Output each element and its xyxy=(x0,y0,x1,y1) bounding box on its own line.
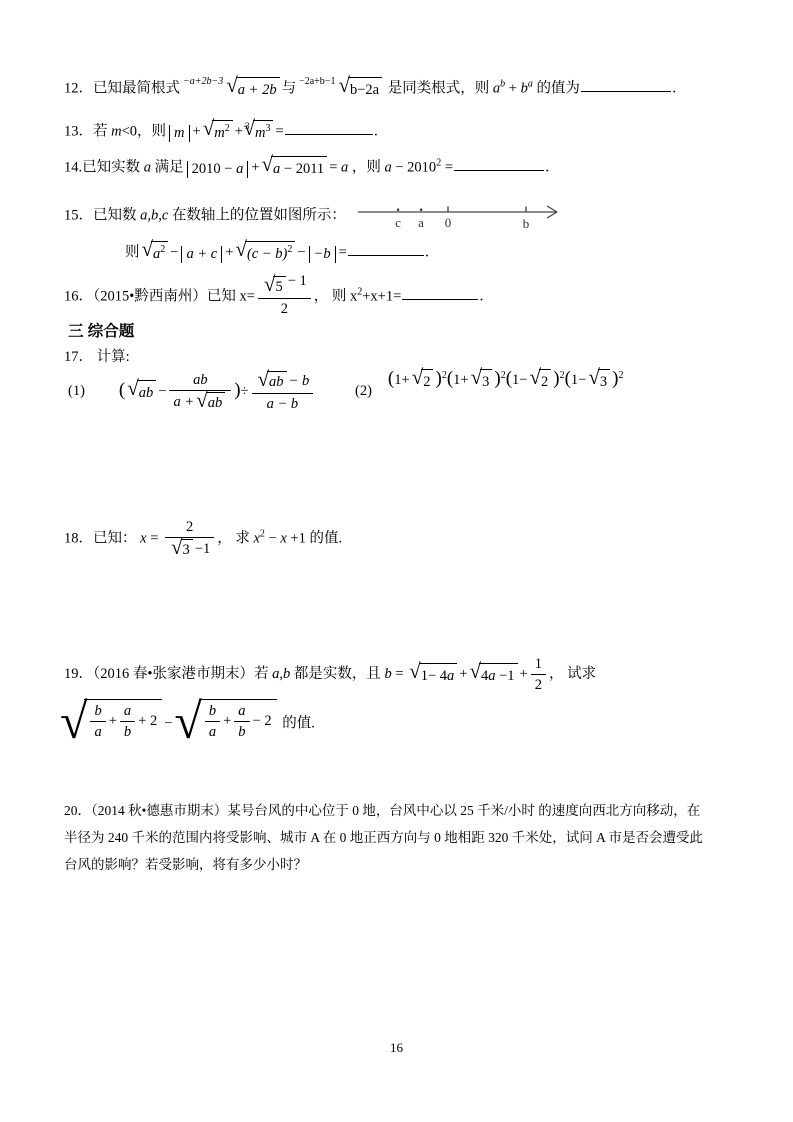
answer-blank xyxy=(402,288,478,300)
question-17-part-1: (1)(√ab−aba +√ab)÷√ab− ba − b xyxy=(68,371,316,413)
q18-poly-rest: +1 xyxy=(287,530,310,546)
q13-condition: <0，则 xyxy=(122,123,166,139)
radical-sign: √ xyxy=(262,154,274,175)
q16-mid: ， 则 xyxy=(314,288,350,304)
numerator-rest: − 1 xyxy=(288,273,307,289)
radicand-box: ba+ab+ 2 xyxy=(84,699,162,741)
radicand-box: m3 xyxy=(253,120,273,144)
abs-content: m xyxy=(174,125,184,141)
radicand: 5 xyxy=(275,279,282,295)
q17p1-minus: − xyxy=(158,383,166,399)
radicand-exponent: 3 xyxy=(265,123,270,134)
q12-period: ． xyxy=(672,80,687,96)
radicand-box: a2 xyxy=(151,241,168,265)
root-index: 3 xyxy=(245,115,250,137)
radical-sign: √ xyxy=(264,274,276,295)
q20-line-2: 半径为 240 千米的范围内将受影响、城市 A 在 0 地正西方向与 0 地相距… xyxy=(64,824,703,851)
q12-mid-text: 是同类根式，则 xyxy=(384,80,493,96)
radical-sign: √ xyxy=(174,696,201,746)
fraction: √5− 12 xyxy=(258,276,311,318)
fraction: ab xyxy=(234,702,249,741)
q19-plus-2: + xyxy=(520,666,528,682)
factor-4-exponent: 2 xyxy=(618,370,623,381)
radical-sign: √ xyxy=(142,239,154,260)
radicand: ab xyxy=(208,395,223,411)
q14-mid-2: ，则 xyxy=(348,159,384,175)
q14-period: ． xyxy=(545,159,560,175)
answer-blank xyxy=(285,123,373,135)
number-line-figure: ca0b xyxy=(356,200,568,232)
q17-heading-text: 17． 计算: xyxy=(64,349,130,365)
q15-vars: a,b,c xyxy=(140,207,168,223)
radical-sign: √ xyxy=(203,118,215,139)
radical-sign: √ xyxy=(196,390,208,411)
number-line-label-zero: 0 xyxy=(445,215,452,230)
q19-mid-1: 都是实数，且 xyxy=(290,666,384,682)
q14-prefix: 14.已知实数 xyxy=(64,159,144,175)
q13-var-m: m xyxy=(111,123,121,139)
sqrt-radical: √2 xyxy=(529,369,551,393)
open-paren: ( xyxy=(119,379,125,400)
radicand-exponent: 2 xyxy=(160,244,165,255)
radical-sign: √ xyxy=(226,75,238,96)
fraction-numerator: a xyxy=(120,702,135,722)
page-number: 16 xyxy=(390,1040,403,1055)
radical-sign: √ xyxy=(235,239,247,260)
radicand: (c − b) xyxy=(247,246,287,262)
number-line-label-b: b xyxy=(523,216,530,231)
fraction-denominator: b xyxy=(234,722,249,741)
radicand-box: b−2a xyxy=(348,77,382,101)
answer-blank xyxy=(454,159,544,171)
fraction-denominator: b xyxy=(120,722,135,741)
sqrt-radical: √a2 xyxy=(142,241,169,265)
question-19-line-2: √ba+ab+ 2−√ba+ab− 2 的值. xyxy=(58,699,315,749)
q19-plus-1: + xyxy=(459,666,467,682)
radicand: 2 xyxy=(423,374,430,390)
radicand-rest: − 2011 xyxy=(280,161,324,177)
q12-pre-exponent-1: −a+2b−3 xyxy=(183,71,223,93)
sqrt-radical: √ab xyxy=(258,371,287,392)
fraction: ba xyxy=(205,702,220,741)
number-line-label-c: c xyxy=(395,215,401,230)
big-sqrt-radical: √ba+ab− 2 xyxy=(174,699,276,749)
q15b-equals: = xyxy=(339,244,347,260)
radicand-plus: + xyxy=(109,713,117,729)
q14-equals-2: = xyxy=(441,159,453,175)
absolute-value: 2010 − a xyxy=(187,161,249,178)
question-18: 18．已知： x = 2√3−1， 求 x2 − x +1 的值. xyxy=(64,518,342,560)
radical-sign: √ xyxy=(409,661,421,682)
radicand: 3 xyxy=(600,374,607,390)
radical-sign: √ xyxy=(127,378,139,399)
q19-vars: a,b xyxy=(272,666,290,682)
radicand-box: ba+ab− 2 xyxy=(199,699,277,741)
arrowhead-icon xyxy=(547,212,557,218)
q18-equals: = xyxy=(147,530,162,546)
number-line-label-a: a xyxy=(418,215,424,230)
fraction-denominator: 2 xyxy=(531,675,546,694)
q16-x-equals: x= xyxy=(239,288,254,304)
radicand-box: a + 2b xyxy=(236,77,280,101)
factor-1-pre: 1+ xyxy=(394,372,409,388)
fraction: aba +√ab xyxy=(169,371,231,413)
q14-mid-1: 满足 xyxy=(151,159,184,175)
sqrt-radical: √a + 2b xyxy=(226,77,279,101)
fraction-denominator: a xyxy=(90,722,105,741)
sqrt-radical: √(c − b)2 xyxy=(235,241,295,265)
q16-period: ． xyxy=(479,288,494,304)
fraction-numerator: b xyxy=(205,702,220,722)
radicand: ab xyxy=(269,374,284,390)
radicand-box: ab xyxy=(137,380,157,404)
sqrt-radical: √ab xyxy=(127,380,156,404)
abs-var: a xyxy=(236,161,243,177)
q13-prefix: 13．若 xyxy=(64,123,111,139)
q18-mid: ， 求 xyxy=(217,530,253,546)
denominator-pre: a + xyxy=(173,394,194,410)
abs-content: a + c xyxy=(186,246,217,262)
sqrt-radical: √3 xyxy=(588,369,610,393)
radicand: m xyxy=(255,125,265,141)
sqrt-radical: √2 xyxy=(412,369,434,393)
sqrt-radical: √ab xyxy=(196,392,225,413)
radicand-box: m2 xyxy=(212,120,232,144)
sqrt-radical: √3 xyxy=(171,539,193,560)
part-2-label: (2) xyxy=(355,383,372,399)
q19-equals: = xyxy=(392,666,407,682)
q19-suffix: ， 试求 xyxy=(549,666,596,682)
radicand: 3 xyxy=(183,542,190,558)
radicand-box: 4a −1 xyxy=(479,663,518,687)
question-16: 16．（2015•黔西南州）已知 x=√5− 12， 则 x2+x+1=． xyxy=(64,276,494,318)
radical-sign: √ xyxy=(588,367,600,388)
radical-sign: √ xyxy=(171,537,183,558)
sqrt-radical: √4a −1 xyxy=(469,663,517,687)
answer-blank xyxy=(581,80,671,92)
fraction-denominator: 2 xyxy=(258,299,311,318)
q14-plus: + xyxy=(251,159,259,175)
radicand-exponent: 2 xyxy=(287,244,292,255)
q15-prefix: 15．已知数 xyxy=(64,207,140,223)
fraction-numerator: a xyxy=(234,702,249,722)
q15b-minus-1: − xyxy=(170,244,178,260)
q15-suffix: 在数轴上的位置如图所示： xyxy=(168,207,346,223)
part-1-label: (1) xyxy=(68,383,85,399)
fraction-numerator: b xyxy=(90,702,105,722)
radical-sign: √ xyxy=(412,367,424,388)
q15b-prefix: 则 xyxy=(125,244,140,260)
sqrt-radical: √1− 4a xyxy=(409,663,457,687)
arrowhead-icon xyxy=(547,206,557,212)
abs-content: 2010 − xyxy=(192,161,236,177)
q14-var-a3: a xyxy=(385,159,392,175)
q16-prefix: 16．（2015•黔西南州）已知 xyxy=(64,288,239,304)
fraction-numerator: 1 xyxy=(531,655,546,675)
q13-plus-2: + xyxy=(235,123,243,139)
question-12: 12．已知最简根式−a+2b−3√a + 2b与−2a+b−1√b−2a 是同类… xyxy=(64,77,686,101)
radicand: b−2a xyxy=(350,82,379,98)
numerator-rest: − b xyxy=(289,373,310,389)
factor-4-pre: 1− xyxy=(571,372,586,388)
question-20: 20．（2014 秋•德惠市期末）某号台风的中心位于 0 地，台风中心以 25 … xyxy=(64,797,703,878)
q20-line-3: 台风的影响？若受影响，将有多少小时？ xyxy=(64,851,703,878)
abs-content: −b xyxy=(314,246,331,262)
tick-c xyxy=(397,209,399,212)
q13-plus-1: + xyxy=(193,123,201,139)
q12-prefix: 12．已知最简根式 xyxy=(64,80,180,96)
section-heading: 三 综合题 xyxy=(68,321,134,343)
radical-sign: √ xyxy=(258,369,270,390)
section-heading-text: 三 综合题 xyxy=(68,323,134,340)
radicand-tail: − 2 xyxy=(253,713,272,729)
q19-prefix: 19．（2016 春•张家港市期末）若 xyxy=(64,666,272,682)
q12-suffix: 的值为 xyxy=(533,80,580,96)
sqrt-radical: √m2 xyxy=(203,120,233,144)
radicand-box: a − 2011 xyxy=(271,156,327,180)
q13-period: ． xyxy=(374,123,389,139)
q15b-period: ． xyxy=(425,244,440,260)
q15b-plus: + xyxy=(225,244,233,260)
radical-sign: √ xyxy=(338,75,350,96)
question-19-line-1: 19．（2016 春•张家港市期末）若 a,b 都是实数，且 b = √1− 4… xyxy=(64,655,596,694)
factor-2-pre: 1+ xyxy=(453,372,468,388)
radicand-plus: + xyxy=(223,713,231,729)
answer-blank xyxy=(348,244,424,256)
radicand-box: (c − b)2 xyxy=(245,241,295,265)
absolute-value: a + c xyxy=(181,246,222,263)
radicand-text: 1− 4 xyxy=(421,668,447,684)
fraction-denominator: √3−1 xyxy=(165,538,214,560)
q20-line-1: 20．（2014 秋•德惠市期末）某号台风的中心位于 0 地，台风中心以 25 … xyxy=(64,797,703,824)
radical-sign: √ xyxy=(469,661,481,682)
radicand: m xyxy=(214,125,224,141)
tick-a xyxy=(420,209,422,212)
radical-sign: √ xyxy=(60,696,87,746)
fraction-denominator: a xyxy=(205,722,220,741)
radicand-box: ab xyxy=(206,392,226,412)
radicand-rest: −1 xyxy=(495,668,514,684)
radical-sign: √ xyxy=(529,367,541,388)
question-14: 14.已知实数 a 满足2010 − a+√a − 2011= a ，则 a −… xyxy=(64,156,560,180)
radicand-box: 1− 4a xyxy=(419,663,458,687)
cube-root-radical: 3√m3 xyxy=(245,120,274,144)
sqrt-radical: √b−2a xyxy=(338,77,382,101)
q18-suffix: 的值. xyxy=(309,530,342,546)
q18-prefix: 18．已知： xyxy=(64,530,137,546)
q12-plus: + xyxy=(505,80,520,96)
divide-sign: ÷ xyxy=(241,383,249,399)
radicand-box: ab xyxy=(267,371,287,391)
q12-pre-exponent-2: −2a+b−1 xyxy=(299,71,335,93)
fraction-numerator: √5− 1 xyxy=(258,276,311,299)
question-13: 13．若 m<0，则m+√m2+3√m3=． xyxy=(64,120,388,144)
radicand-exponent: 2 xyxy=(225,123,230,134)
radicand: ab xyxy=(139,385,154,401)
absolute-value: −b xyxy=(309,246,336,263)
radicand: a + 2b xyxy=(238,82,277,98)
question-17-heading: 17． 计算: xyxy=(64,346,130,368)
q16-poly-rest: +x+1= xyxy=(362,288,401,304)
sqrt-radical: √3 xyxy=(471,369,493,393)
fraction: 2√3−1 xyxy=(165,518,214,560)
q12-base-b: b xyxy=(521,80,528,96)
q14-var-a: a xyxy=(144,159,151,175)
fraction-denominator: a − b xyxy=(252,394,314,413)
q19-minus: − xyxy=(164,715,172,731)
question-15: 15．已知数 a,b,c 在数轴上的位置如图所示：ca0b xyxy=(64,200,568,232)
question-15-expression: 则√a2−a + c+√(c − b)2−−b=． xyxy=(125,241,439,265)
q14-expr-rest: − 2010 xyxy=(392,159,436,175)
absolute-value: m xyxy=(169,125,189,142)
q15b-minus-2: − xyxy=(297,244,305,260)
sqrt-radical: √a − 2011 xyxy=(262,156,328,180)
q14-equals: = xyxy=(329,159,341,175)
factor-3-pre: 1− xyxy=(512,372,527,388)
page-footer: 16 xyxy=(0,1040,793,1056)
fraction-denominator: a +√ab xyxy=(169,391,231,413)
radical-sign: √ xyxy=(471,367,483,388)
q13-equals: = xyxy=(275,123,283,139)
denominator-rest: −1 xyxy=(195,541,210,557)
question-17-part-2: (2)(1+√2)2(1+√3)2(1−√2)2(1−√3)2 xyxy=(355,368,623,393)
q19-line2-suffix: 的值. xyxy=(279,715,315,731)
fraction-numerator: √ab− b xyxy=(252,371,314,394)
q19-var-b: b xyxy=(384,666,391,682)
sqrt-radical: √5 xyxy=(264,276,286,297)
fraction: 12 xyxy=(531,655,546,694)
radicand: 2 xyxy=(541,374,548,390)
radicand: 3 xyxy=(482,374,489,390)
big-sqrt-radical: √ba+ab+ 2 xyxy=(60,699,162,749)
radicand-var: a xyxy=(447,668,454,684)
q12-conjunction: 与 xyxy=(282,80,297,96)
radicand-tail: + 2 xyxy=(138,713,157,729)
fraction: √ab− ba − b xyxy=(252,371,314,413)
fraction: ab xyxy=(120,702,135,741)
fraction: ba xyxy=(90,702,105,741)
q18-poly-minus: − xyxy=(265,530,280,546)
